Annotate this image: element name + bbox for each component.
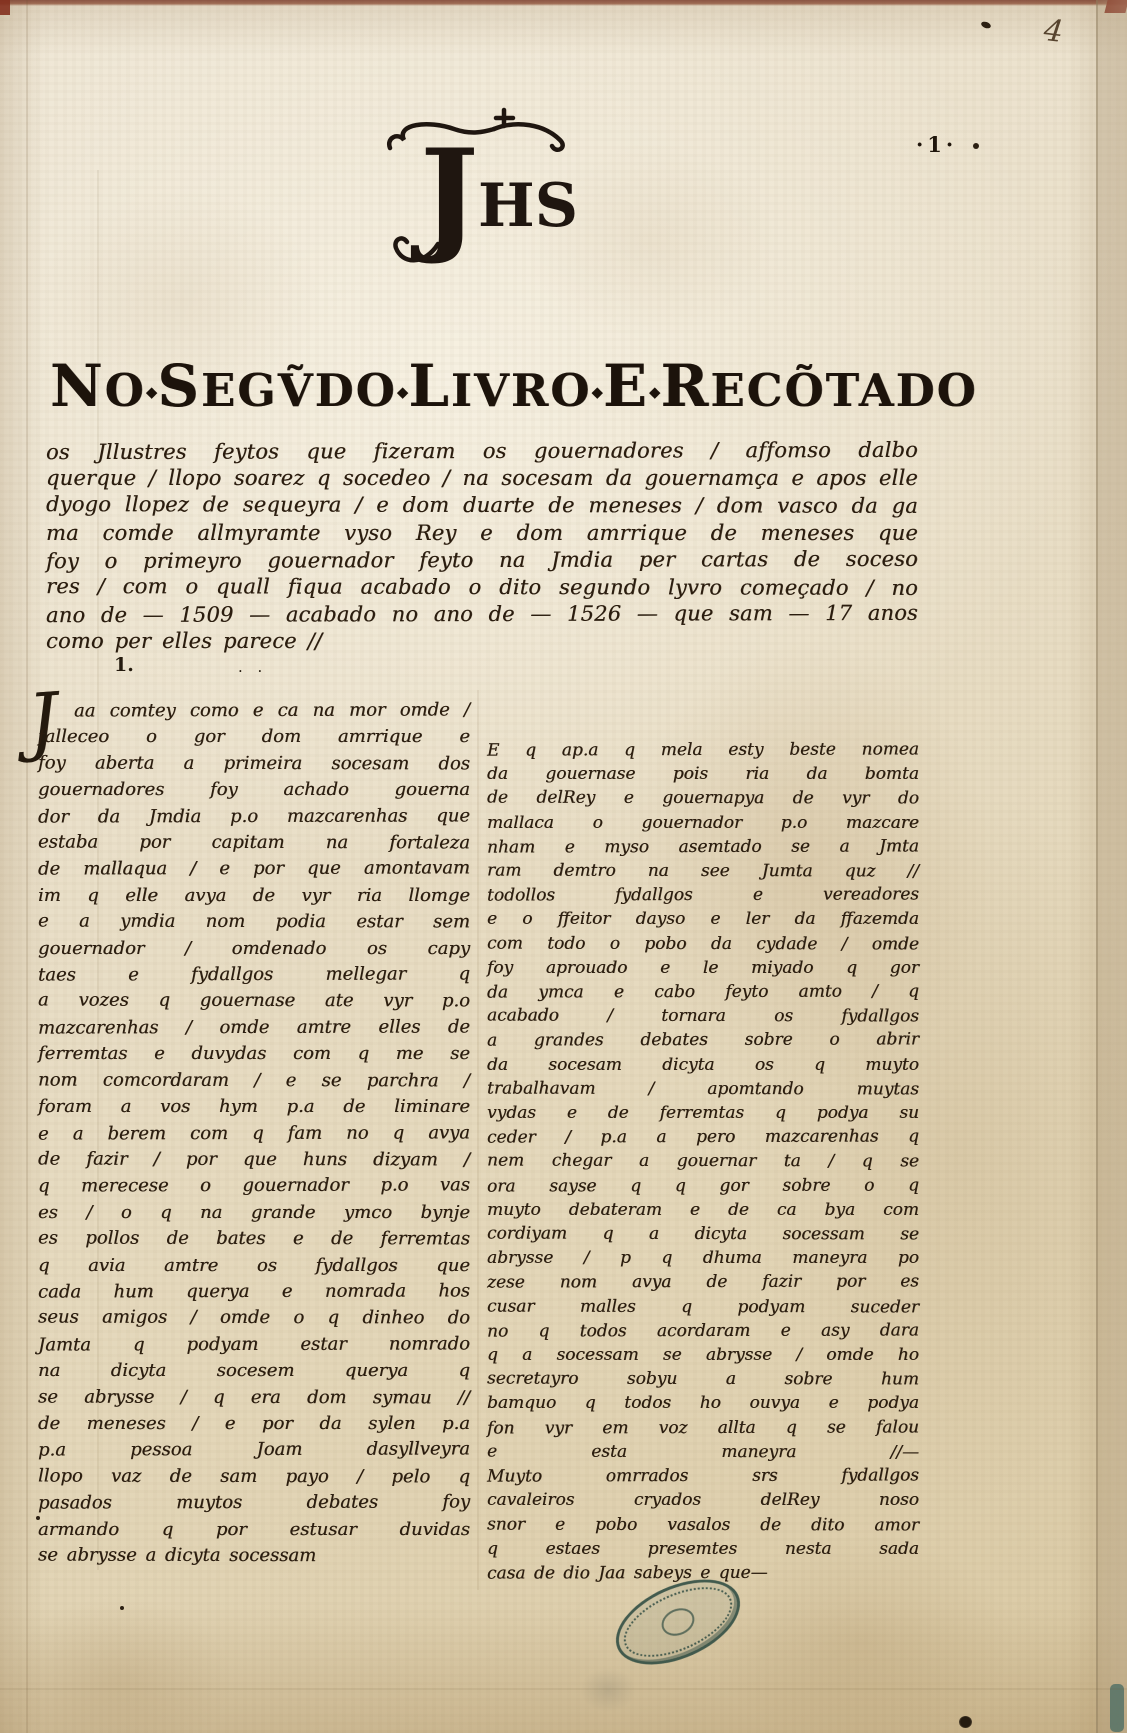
left-text-column: aa comtey como e ca na mor omde / fallec… (38, 698, 470, 1569)
text-line: gouernadores foy achado gouerna (38, 777, 470, 803)
text-line: seus amigos / omde o q dinheo do (38, 1305, 470, 1332)
text-line: ano de — 1509 — acabado no ano de — 1526… (46, 600, 918, 629)
text-line: pasados muytos debates foy (38, 1490, 470, 1518)
text-line: llopo vaz de sam payo / pelo q (38, 1463, 470, 1490)
text-line: cordiyam q a dicyta socessam se (487, 1222, 919, 1247)
text-line: ram demtro na see Jumta quz // (487, 859, 919, 884)
text-line: armando q por estusar duvidas (38, 1517, 470, 1543)
text-line: de mallaqua / e por que amontavam (38, 856, 470, 884)
text-line: snor e pobo vasalos de dito amor (487, 1512, 919, 1537)
text-line: aa comtey como e ca na mor omde / (38, 697, 470, 725)
text-line: a grandes debates sobre o abrir (487, 1028, 919, 1053)
text-line: foram a vos hym p.a de liminare (38, 1094, 470, 1120)
text-line: e esta maneyra //— (487, 1439, 919, 1464)
jhs-monogram: J HS (376, 96, 591, 280)
section-number: 1. (114, 654, 134, 676)
ink-speck (980, 20, 991, 29)
heading-diamond-separator: ◆ (649, 383, 661, 401)
main-heading: ◆ NO ◆ SEGṼDO ◆ LIVRO ◆ E ◆ RECÕTADO (50, 352, 924, 420)
red-corner-mark-left (0, 0, 10, 15)
page-right-edge (1096, 0, 1127, 1733)
text-line: muyto debateram e de ca bya com (487, 1198, 919, 1222)
svg-text:J: J (410, 123, 479, 268)
text-line: im q elle avya de vyr ria llomge (38, 883, 470, 909)
text-line: fon vyr em voz allta q se falou (487, 1415, 919, 1440)
text-line: da socesam dicyta os q muyto (487, 1053, 919, 1077)
text-line: ferremtas e duvydas com q me se (38, 1041, 470, 1067)
heading-diamond-separator: ◆ (397, 383, 409, 401)
text-line: foy o primeyro gouernador feyto na Jmdia… (46, 546, 918, 575)
text-line: taes e fydallgos mellegar q (38, 961, 470, 989)
text-line: trabalhavam / apomtando muytas (487, 1076, 919, 1101)
text-line: todollos fydallgos e vereadores (487, 883, 919, 908)
text-line: q estaes presemtes nesta sada (487, 1537, 919, 1561)
text-line: e a berem com q fam no q avya (38, 1120, 470, 1148)
text-line: querque / llopo soarez q socedeo / na so… (46, 465, 918, 492)
faint-ink-blot (580, 1668, 636, 1712)
text-line: a vozes q gouernase ate vyr p.o (38, 988, 470, 1015)
heading-word: NO (50, 352, 146, 420)
heading-word: LIVRO (408, 352, 591, 420)
text-line: secretayro sobyu a sobre hum (487, 1367, 919, 1392)
text-line: Jamta q podyam estar nomrado (38, 1331, 470, 1359)
manuscript-page-scan: 4 ·1· J HS ◆ NO ◆ SEGṼDO ◆ LIVRO ◆ E (0, 0, 1127, 1733)
text-line: os Jllustres feytos que fizeram os gouer… (46, 437, 918, 466)
text-line: mazcarenhas / omde amtre elles de (38, 1014, 470, 1042)
heading-word: RECÕTADO (660, 352, 977, 420)
text-line: q a socessam se abrysse / omde ho (487, 1343, 919, 1367)
text-line: q avia amtre os fydallgos que (38, 1253, 470, 1279)
text-line: nem chegar a gouernar ta / q se (487, 1149, 919, 1174)
text-line: zese nom avya de fazir por es (487, 1270, 919, 1295)
text-line: es pollos de bates e de ferremtas (38, 1226, 470, 1253)
text-line: e a ymdia nom podia estar sem (38, 909, 470, 936)
page-number-mark: ·1· (916, 132, 957, 157)
text-line: cavaleiros cryados delRey noso (487, 1488, 919, 1512)
ink-speck (36, 1516, 40, 1520)
ink-speck (973, 143, 979, 149)
text-line: como per elles parece // (46, 628, 918, 655)
text-line: res / com o quall fiqua acabado o dito s… (46, 573, 918, 602)
text-line: de delRey e gouernapya de vyr do (487, 786, 919, 811)
text-line: no q todos acordaram e asy dara (487, 1318, 919, 1343)
text-line: de fazir / por que huns dizyam / (38, 1146, 470, 1173)
text-line: Muyto omrrados srs fydallgos (487, 1464, 919, 1489)
text-line: estaba por capitam na fortaleza (38, 830, 470, 857)
text-line: se abrysse a dicyta socessam (38, 1543, 470, 1570)
text-line: ceder / p.a a pero mazcarenhas q (487, 1125, 919, 1150)
text-line: de meneses / e por da sylen p.a (38, 1411, 470, 1437)
binding-edge-strip (0, 0, 1127, 6)
right-text-column: E q ap.a q mela esty beste nomea da goue… (487, 738, 919, 1585)
text-line: bamquo q todos ho ouvya e podya (487, 1391, 919, 1415)
text-line: cada hum querya e nomrada hos (38, 1278, 470, 1306)
column-gutter-crease (477, 690, 479, 1590)
text-line: na dicyta socesem querya q (38, 1358, 470, 1384)
text-line: mallaca o gouernador p.o mazcare (487, 811, 919, 835)
text-line: da gouernase pois ria da bomta (487, 762, 919, 786)
heading-word: SEGṼDO (157, 352, 396, 420)
text-line: com todo o pobo da cydade / omde (487, 931, 919, 956)
text-line: acabado / tornara os fydallgos (487, 1004, 919, 1029)
ink-speck (120, 1606, 124, 1610)
text-line: q merecese o gouernador p.o vas (38, 1173, 470, 1201)
text-line: p.a pessoa Joam dasyllveyra (38, 1437, 470, 1465)
heading-diamond-separator: ◆ (146, 383, 158, 401)
text-line: nham e myso asemtado se a Jmta (487, 834, 919, 859)
text-line: ora sayse q q gor sobre o q (487, 1173, 919, 1198)
intro-paragraph: os Jllustres feytos que fizeram os gouer… (46, 438, 918, 656)
text-line: gouernador / omdenado os capy (38, 936, 470, 962)
section-dots-mark: · · (238, 662, 267, 680)
left-fold-crease (26, 0, 28, 1733)
bottom-horizontal-crease (0, 1688, 1127, 1690)
text-line: ma comde allmyramte vyso Rey e dom amrri… (46, 520, 918, 547)
text-line: da ymca e cabo feyto amto / q (487, 979, 919, 1004)
jhs-monogram-drawing: J HS (376, 96, 591, 276)
folio-number: 4 (1042, 13, 1065, 50)
text-line: cusar malles q podyam suceder (487, 1294, 919, 1319)
text-line: dor da Jmdia p.o mazcarenhas que (38, 803, 470, 831)
text-line: E q ap.a q mela esty beste nomea (487, 737, 919, 762)
text-line: e o ffeitor dayso e ler da ffazemda (487, 907, 919, 931)
ink-spot-bottom (959, 1716, 972, 1728)
text-line: se abrysse / q era dom symau // (38, 1384, 470, 1411)
text-line: dyogo llopez de sequeyra / e dom duarte … (46, 491, 918, 520)
text-line: vydas e de ferremtas q podya su (487, 1101, 919, 1125)
text-line: abrysse / p q dhuma maneyra po (487, 1246, 919, 1270)
heading-word: E (603, 352, 649, 420)
text-line: es / o q na grande ymco bynje (38, 1200, 470, 1226)
text-line: foy aberta a primeira socesam dos (38, 750, 470, 777)
text-line: foy aprouado e le miyado q gor (487, 956, 919, 980)
text-line: falleceo o gor dom amrrique e (38, 724, 470, 750)
text-line: nom comcordaram / e se parchra / (38, 1067, 470, 1094)
svg-text:HS: HS (478, 171, 578, 241)
heading-diamond-separator: ◆ (591, 383, 603, 401)
teal-edge-mark-bottom-right (1110, 1684, 1124, 1732)
